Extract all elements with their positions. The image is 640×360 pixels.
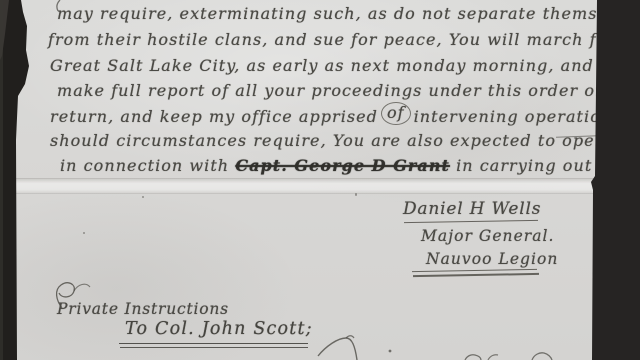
addressee-underline-top [119, 343, 308, 344]
body-line-2: from their hostile clans, and sue for pe… [48, 30, 632, 52]
body-line-5: return, and keep my office apprisedofint… [50, 106, 628, 128]
body-line-5-continuation: intervening operations, [414, 107, 628, 126]
annotation-addressee: To Col. John Scott; [125, 319, 313, 339]
signature-title: Major General. [421, 227, 555, 245]
body-line-6: should circumstances require, You are al… [50, 131, 632, 153]
fold-crease-line [10, 193, 600, 194]
annotation-heading: Private Instructions [57, 300, 229, 318]
fold-crease [10, 178, 600, 194]
ink-speck [83, 232, 85, 234]
cutoff-descender-stroke [52, 0, 66, 12]
circled-word-of: of [381, 102, 411, 125]
signature-name: Daniel H Wells [403, 199, 541, 219]
body-line-3: Great Salt Lake City, as early as next m… [50, 56, 594, 78]
ink-speck [355, 193, 357, 196]
body-line-4: make full report of all your proceedings… [57, 81, 640, 103]
ink-speck [142, 196, 144, 198]
body-line-7-text: in connection with [60, 156, 229, 175]
addressee-underline-bottom [120, 347, 308, 349]
body-line-5-text: return, and keep my office apprised [50, 107, 378, 126]
body-line-7: in connection with Capt. George D Grant … [60, 156, 640, 178]
scanned-letter-page: may require, exterminating such, as do n… [0, 0, 640, 360]
signature-unit: Nauvoo Legion [426, 250, 558, 268]
body-line-1: may require, exterminating such, as do n… [57, 4, 640, 26]
struck-out-name: Capt. George D Grant [235, 156, 450, 175]
cutoff-handwriting-strokes [300, 332, 580, 360]
scanner-border-edge-highlight [0, 0, 3, 360]
